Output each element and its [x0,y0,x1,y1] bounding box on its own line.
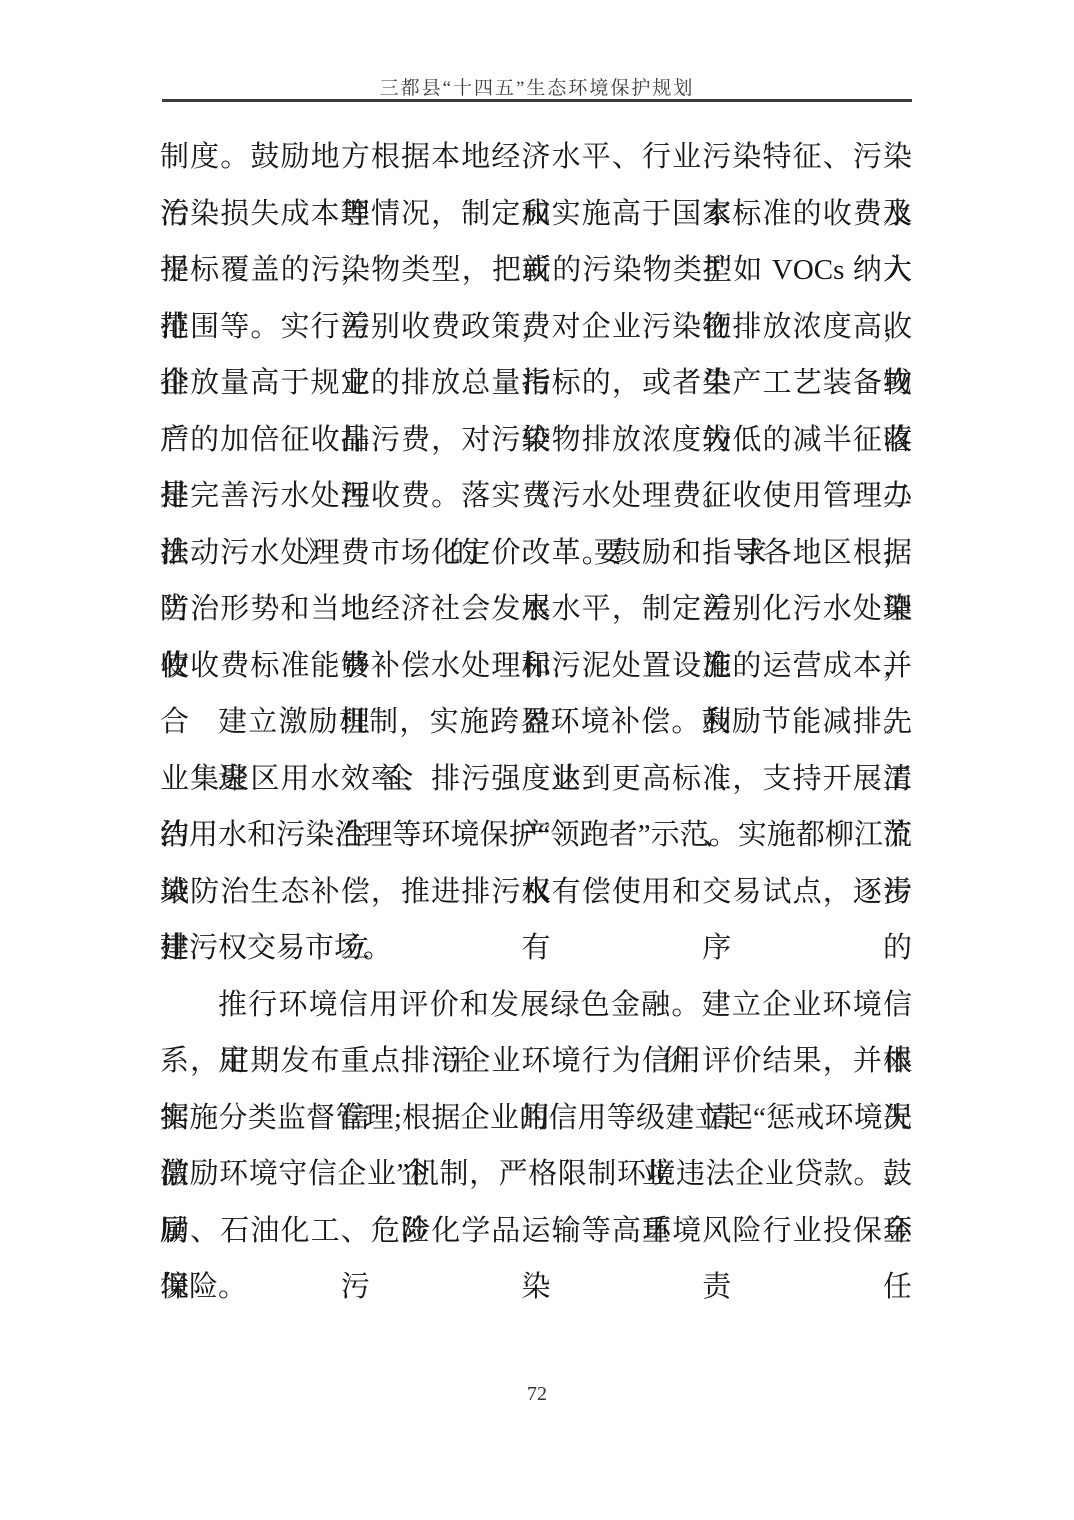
text-line: 系，定期发布重点排污企业环境行为信用评价结果，并根据信用情况 [160,1033,912,1090]
text-line: 建立激励机制，实施跨界环境补偿。鼓励节能减排先进企业、工 [160,694,912,751]
page-number: 72 [0,1383,1074,1406]
text-line: 推动污水处理费市场化定价改革。鼓励和指导各地区根据当地水污染 [160,525,912,582]
text-line: 后的加倍征收排污费，对污染物排放浓度较低的减半征收排污费。二 [160,412,912,469]
page-header-title: 三都县“十四五”生态环境保护规划 [162,73,912,100]
text-line: 染防治生态补偿，推进排污权有偿使用和交易试点，逐步建立有序的 [160,864,912,921]
text-line: 防治形势和当地经济社会发展水平，制定差别化污水处理收费标准， [160,581,912,638]
text-line: 使收费标准能够补偿水处理和污泥处置设施的运营成本并合理盈利。 [160,638,912,695]
text-line: 属、石油化工、危险化学品运输等高环境风险行业投保环境污染责任 [160,1203,912,1260]
text-line: 激励环境守信企业”机制，严格限制环境违法企业贷款。鼓励涉重金 [160,1146,912,1203]
text-line: 推行环境信用评价和发展绿色金融。建立企业环境信用评价体 [160,977,912,1034]
header-divider-line [162,99,912,102]
text-line: 实施分类监督管理;根据企业的信用等级建立起“惩戒环境失信企业、 [160,1090,912,1147]
text-line: 是完善污水处理收费。落实《污水处理费征收使用管理办法》的要求， [160,468,912,525]
text-line: 排放量高于规定的排放总量指标的，或者生产工艺装备或产品较为落 [160,355,912,412]
body-text: 制度。鼓励地方根据本地经济水平、行业污染特征、污染治理成本及污染损失成本等情况，… [160,129,912,1316]
document-page: 三都县“十四五”生态环境保护规划 制度。鼓励地方根据本地经济水平、行业污染特征、… [0,0,1074,1520]
text-line: 提标覆盖的污染物类型，把新的污染物类型如 VOCs 纳入排污费征收 [160,242,912,299]
text-line: 制度。鼓励地方根据本地经济水平、行业污染特征、污染治理成本及 [160,129,912,186]
text-line: 约用水和污染治理等环境保护“领跑者”示范。实施都柳江流域水污 [160,807,912,864]
text-line: 范围等。实行差别收费政策，对企业污染物排放浓度高，企业污染物 [160,299,912,356]
text-line: 业集聚区用水效率、排污强度达到更高标准，支持开展清洁生产、节 [160,751,912,808]
text-line: 污染损失成本等情况，制定和实施高于国家标准的收费水平，或扩大 [160,186,912,243]
